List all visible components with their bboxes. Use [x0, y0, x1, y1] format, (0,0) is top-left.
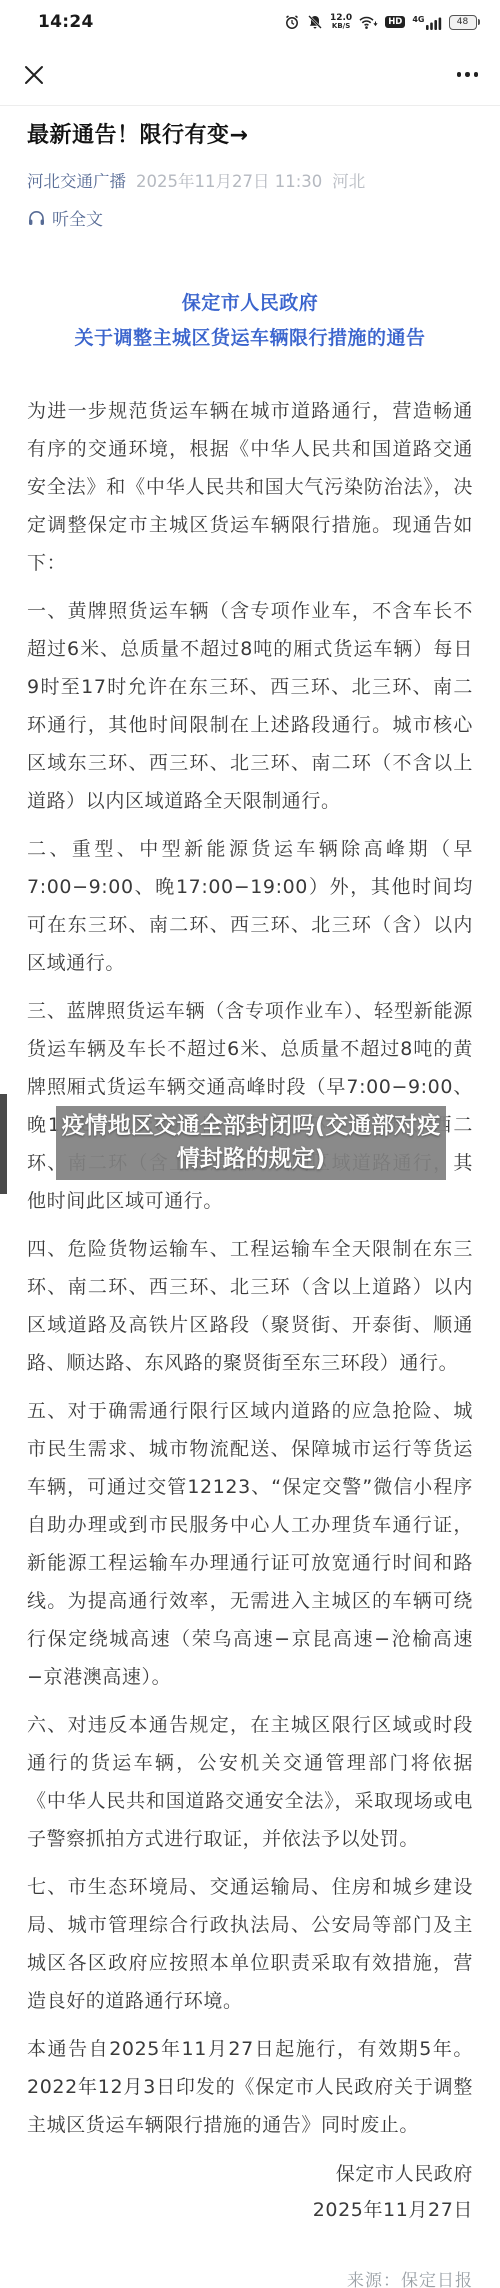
nav-bar [0, 44, 500, 106]
footer-source: 来源：保定日报 [27, 2266, 473, 2288]
signature-date: 2025年11月27日 [27, 2192, 473, 2228]
source-link[interactable]: 河北交通广播 [27, 168, 126, 192]
alarm-icon [284, 14, 300, 30]
watermark-edge [0, 1094, 7, 1194]
notice-heading-line2: 关于调整主城区货运车辆限行措施的通告 [27, 321, 473, 356]
publish-time: 2025年11月27日 11:30 [136, 168, 322, 192]
network-type-label: 4G [412, 15, 424, 24]
watermark-overlay: 疫情地区交通全部封闭吗(交通部对疫情封路的规定) [56, 1106, 446, 1180]
article-meta: 河北交通广播 2025年11月27日 11:30 河北 [27, 168, 473, 192]
notice-heading: 保定市人民政府 关于调整主城区货运车辆限行措施的通告 [27, 286, 473, 356]
notice-paragraphs: 为进一步规范货运车辆在城市道路通行，营造畅通有序的交通环境，根据《中华人民共和国… [27, 392, 473, 2144]
listen-label: 听全文 [52, 205, 103, 230]
headphone-icon [27, 209, 46, 227]
notice-paragraph: 本通告自2025年11月27日起施行，有效期5年。2022年12月3日印发的《保… [27, 2030, 473, 2144]
notice-paragraph: 五、对于确需通行限行区域内道路的应急抢险、城市民生需求、城市物流配送、保障城市运… [27, 1392, 473, 1696]
app-screen: 14:24 12.0 KB/S HD 4G 48 [0, 0, 500, 2288]
network-speed-indicator: 12.0 KB/S [330, 14, 352, 30]
battery-level: 48 [449, 15, 477, 30]
notice-paragraph: 为进一步规范货运车辆在城市道路通行，营造畅通有序的交通环境，根据《中华人民共和国… [27, 392, 473, 582]
signature-name: 保定市人民政府 [27, 2156, 473, 2192]
article-title: 最新通告！限行有变→ [27, 120, 473, 152]
mute-icon [307, 14, 323, 30]
hd-badge: HD [385, 16, 405, 29]
notice-paragraph: 四、危险货物运输车、工程运输车全天限制在东三环、南二环、西三环、北三环（含以上道… [27, 1230, 473, 1382]
notice-paragraph: 一、黄牌照货运车辆（含专项作业车，不含车长不超过6米、总质量不超过8吨的厢式货运… [27, 592, 473, 820]
more-menu-icon[interactable] [457, 72, 479, 77]
close-icon[interactable] [22, 63, 46, 87]
notice-paragraph: 六、对违反本通告规定，在主城区限行区域或时段通行的货运车辆，公安机关交通管理部门… [27, 1706, 473, 1858]
notice-heading-line1: 保定市人民政府 [27, 286, 473, 321]
clock-time: 14:24 [38, 12, 94, 32]
notice-paragraph: 二、重型、中型新能源货运车辆除高峰期（早7:00−9:00、晚17:00−19:… [27, 830, 473, 982]
status-bar: 14:24 12.0 KB/S HD 4G 48 [0, 0, 500, 44]
status-icons: 12.0 KB/S HD 4G 48 [284, 14, 480, 30]
listen-full-text-button[interactable]: 听全文 [27, 205, 473, 230]
battery-icon: 48 [449, 15, 481, 30]
article: 最新通告！限行有变→ 河北交通广播 2025年11月27日 11:30 河北 听… [0, 106, 500, 2288]
signature-block: 保定市人民政府 2025年11月27日 [27, 2156, 473, 2228]
wifi-icon [359, 15, 378, 30]
network-speed-unit: KB/S [332, 23, 350, 30]
notice-paragraph: 七、市生态环境局、交通运输局、住房和城乡建设局、城市管理综合行政执法局、公安局等… [27, 1868, 473, 2020]
signal-4g-icon: 4G [412, 15, 441, 30]
publish-location: 河北 [332, 168, 365, 192]
